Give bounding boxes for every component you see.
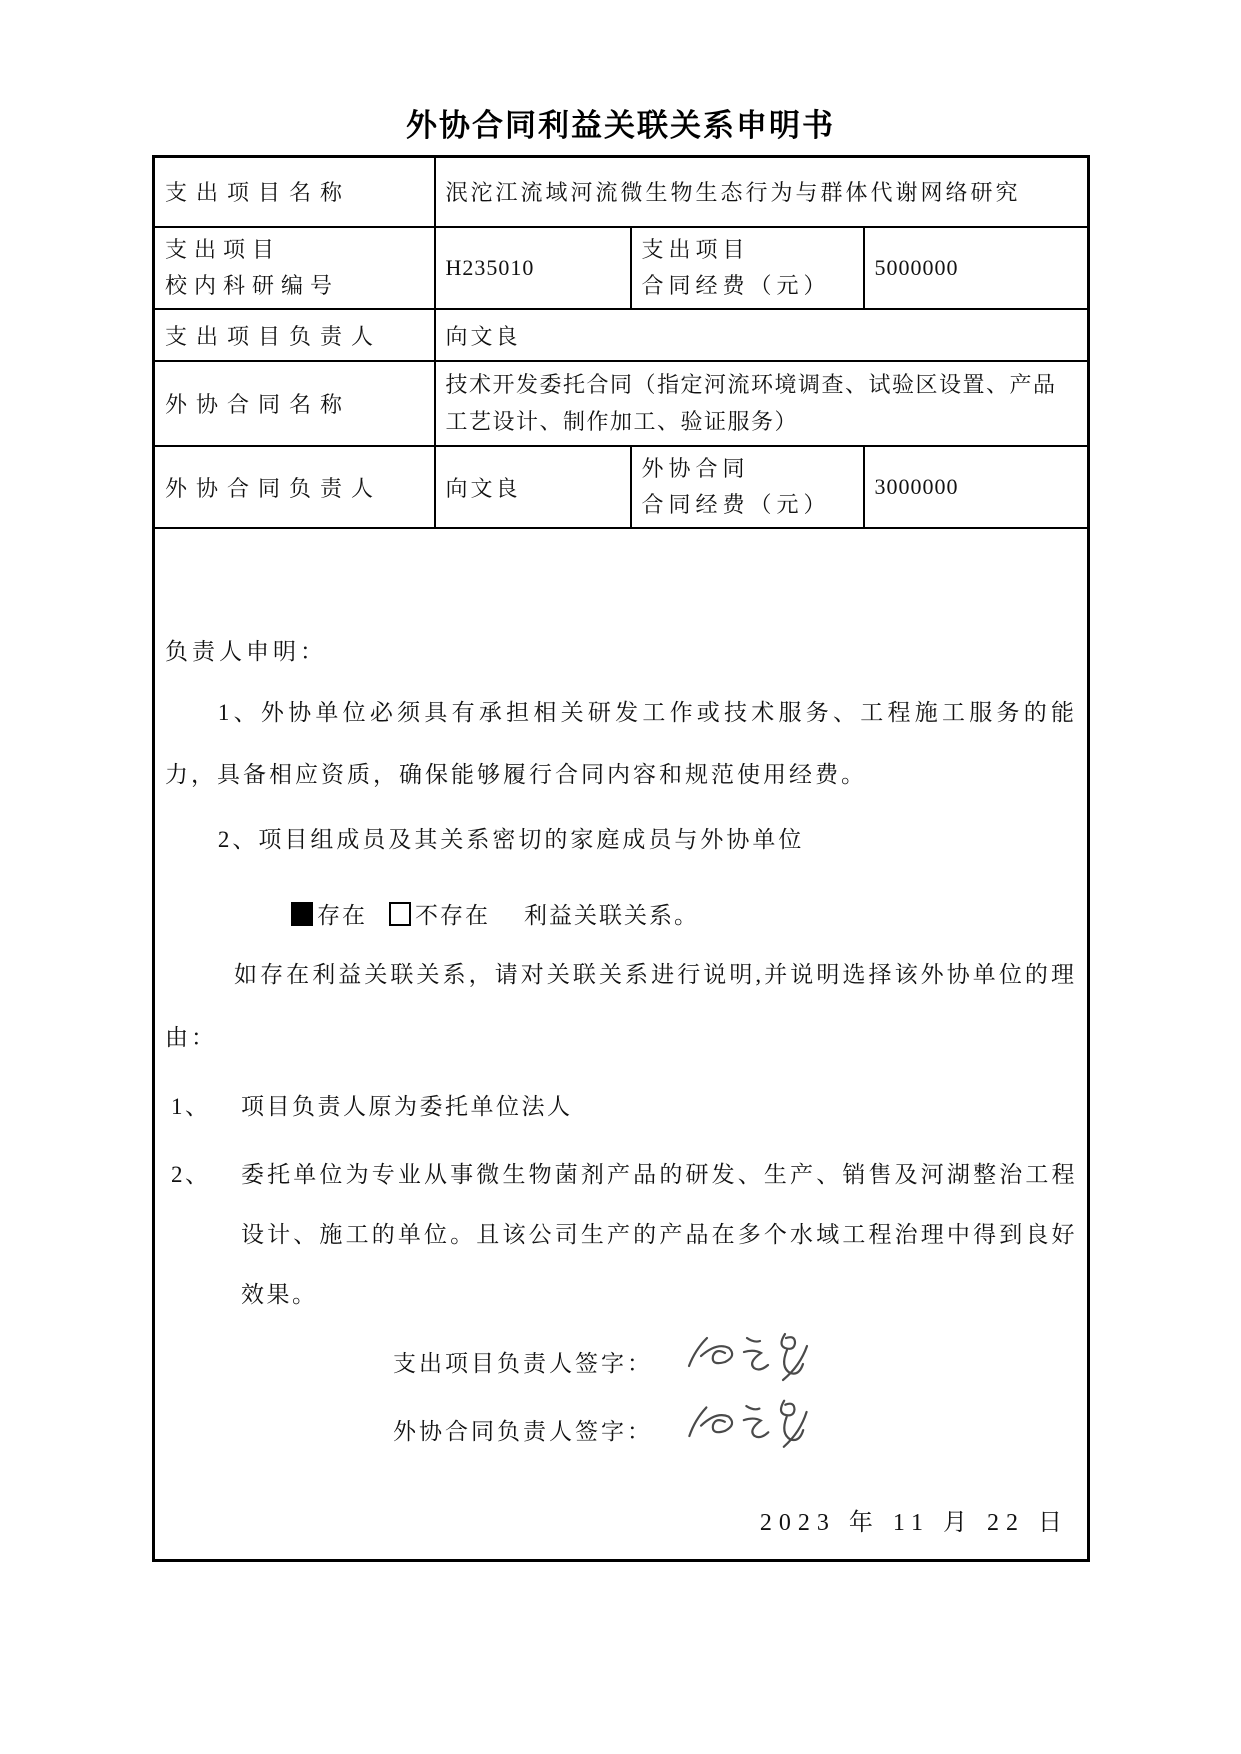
- reason-item-2: 2、 委托单位为专业从事微生物菌剂产品的研发、生产、销售及河湖整治工程设计、施工…: [165, 1145, 1077, 1324]
- table-row: 支出项目名称 泯沱江流域河流微生物生态行为与群体代谢网络研究: [154, 157, 1089, 227]
- declaration-paragraph-3: 如存在利益关联关系，请对关联关系进行说明,并说明选择该外协单位的理由：: [165, 944, 1077, 1069]
- signature-label: 外协合同负责人签字：: [393, 1413, 653, 1446]
- field-value-project-name: 泯沱江流域河流微生物生态行为与群体代谢网络研究: [435, 157, 1089, 227]
- table-row: 外协合同负责人 向文良 外协合同 合同经费（元） 3000000: [154, 446, 1089, 529]
- page-title: 外协合同利益关联关系申明书: [0, 0, 1241, 145]
- field-label-project-leader: 支出项目负责人: [154, 309, 435, 361]
- field-label-outsourcing-leader: 外协合同负责人: [154, 446, 435, 529]
- declaration-form-table: 支出项目名称 泯沱江流域河流微生物生态行为与群体代谢网络研究 支出项目 校内科研…: [152, 155, 1090, 1562]
- field-value-outsourcing-contract-name: 技术开发委托合同（指定河流环境调查、试验区设置、产品工艺设计、制作加工、验证服务…: [435, 361, 1089, 446]
- signature-line-outsourcing-leader: 外协合同负责人签字：: [165, 1398, 1077, 1460]
- label-line: 支出项目: [642, 232, 853, 268]
- declaration-paragraph-2: 2、项目组成员及其关系密切的家庭成员与外协单位: [165, 809, 1077, 872]
- field-value-outsourcing-contract-fund: 3000000: [864, 446, 1089, 529]
- checkbox-exists-checked: [291, 902, 313, 926]
- field-value-project-contract-fund: 5000000: [864, 227, 1089, 310]
- table-row: 外协合同名称 技术开发委托合同（指定河流环境调查、试验区设置、产品工艺设计、制作…: [154, 361, 1089, 446]
- checkbox-exists-label: 存在: [317, 897, 367, 930]
- label-line: 合同经费（元）: [642, 487, 853, 523]
- reason-item-1: 1、 项目负责人原为委托单位法人: [165, 1077, 1077, 1137]
- field-label-outsourcing-contract-fund: 外协合同 合同经费（元）: [631, 446, 864, 529]
- field-value-research-number: H235010: [435, 227, 631, 310]
- field-value-project-leader: 向文良: [435, 309, 1089, 361]
- label-line: 外协合同: [642, 451, 853, 487]
- document-page: 外协合同利益关联关系申明书 支出项目名称 泯沱江流域河流微生物生态行为与群体代谢…: [0, 0, 1241, 1754]
- date-text: 2023 年 11 月 22 日: [760, 1502, 1069, 1537]
- checkbox-not-exists-label: 不存在: [415, 897, 490, 930]
- reason-number: 2、: [171, 1145, 211, 1205]
- signature-line-project-leader: 支出项目负责人签字：: [165, 1330, 1077, 1392]
- reason-text: 委托单位为专业从事微生物菌剂产品的研发、生产、销售及河湖整治工程设计、施工的单位…: [241, 1162, 1077, 1307]
- reason-number: 1、: [171, 1077, 211, 1137]
- declaration-cell: 负责人申明： 1、外协单位必须具有承担相关研发工作或技术服务、工程施工服务的能力…: [154, 528, 1089, 1561]
- field-value-outsourcing-leader: 向文良: [435, 446, 631, 529]
- table-row: 负责人申明： 1、外协单位必须具有承担相关研发工作或技术服务、工程施工服务的能力…: [154, 528, 1089, 1561]
- label-line: 校内科研编号: [165, 268, 424, 304]
- field-label-project-contract-fund: 支出项目 合同经费（元）: [631, 227, 864, 310]
- field-label-outsourcing-contract-name: 外协合同名称: [154, 361, 435, 446]
- relationship-checkbox-line: 存在 不存在 利益关联关系。: [165, 897, 1077, 930]
- handwritten-signature: [681, 1396, 815, 1454]
- table-row: 支出项目 校内科研编号 H235010 支出项目 合同经费（元） 5000000: [154, 227, 1089, 310]
- signature-label: 支出项目负责人签字：: [393, 1345, 653, 1378]
- label-line: 支出项目: [165, 232, 424, 268]
- table-row: 支出项目负责人 向文良: [154, 309, 1089, 361]
- handwritten-signature: [681, 1328, 815, 1386]
- reason-text: 项目负责人原为委托单位法人: [241, 1094, 573, 1119]
- field-label-research-number: 支出项目 校内科研编号: [154, 227, 435, 310]
- label-line: 合同经费（元）: [642, 268, 853, 304]
- field-label-project-name: 支出项目名称: [154, 157, 435, 227]
- declaration-paragraph-1: 1、外协单位必须具有承担相关研发工作或技术服务、工程施工服务的能力，具备相应资质…: [165, 682, 1077, 807]
- declaration-heading: 负责人申明：: [165, 633, 1077, 666]
- checkbox-not-exists-unchecked: [389, 902, 411, 926]
- checkbox-suffix-label: 利益关联关系。: [524, 897, 699, 930]
